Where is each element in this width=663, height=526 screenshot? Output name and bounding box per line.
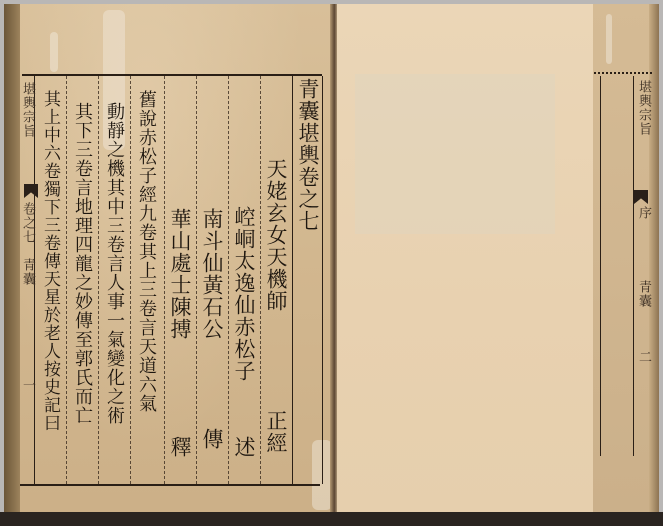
right-page-blank: [337, 4, 593, 512]
water-stain: [50, 32, 58, 72]
column-rule: [98, 76, 100, 484]
right-margin-book-title: 堪輿宗旨: [636, 80, 650, 136]
author-line: 崆峒太逸仙赤松子: [231, 206, 257, 382]
column-rule: [130, 76, 132, 484]
column-rule: [164, 76, 166, 484]
author-role: 釋: [167, 436, 193, 458]
author-role: 述: [231, 436, 257, 458]
margin-page-number: 一: [20, 378, 34, 392]
author-role: 正經: [263, 410, 289, 454]
water-stain: [606, 14, 612, 64]
author-line: 天姥玄女天機師: [263, 158, 289, 312]
right-frame-top-border: [594, 72, 652, 76]
author-role: 傳: [199, 428, 225, 450]
right-margin-page-number: 二: [636, 350, 650, 364]
body-text-column: 其上中六卷獨下三卷傳天星於老人按史記曰: [39, 90, 60, 432]
author-line: 南斗仙黃石公: [199, 208, 225, 340]
right-center-margin-rule: [633, 76, 634, 456]
margin-chapter: 卷之七: [20, 202, 34, 244]
body-text-column: 舊說赤松子經九卷其上三卷言天道六氣: [135, 90, 157, 413]
column-rule: [196, 76, 198, 484]
chapter-title: 青囊堪輿卷之七: [295, 78, 321, 232]
right-margin-section: 青囊: [636, 280, 650, 308]
margin-book-title: 堪輿宗旨: [20, 82, 34, 138]
book-spread: 青囊堪輿卷之七 天姥玄女天機師 正經 崆峒太逸仙赤松子 述 南斗仙黃石公 傳 華…: [0, 0, 663, 526]
right-column-rule: [600, 76, 601, 456]
author-line: 華山處士陳搏: [167, 208, 193, 340]
column-rule: [260, 76, 262, 484]
body-text-column: 動靜之機其中三卷言人事一氣變化之術: [103, 102, 125, 425]
column-rule: [228, 76, 230, 484]
column-rule: [292, 76, 294, 484]
body-text-column: 其下三卷言地理四龍之妙傳至郭氏而亡: [71, 102, 93, 425]
shadow: [0, 512, 663, 526]
right-margin-chapter: 序: [636, 206, 650, 220]
frame-bottom-border: [20, 484, 320, 486]
frame-right-border: [322, 76, 324, 484]
margin-section: 青囊: [20, 258, 34, 286]
column-rule: [66, 76, 68, 484]
